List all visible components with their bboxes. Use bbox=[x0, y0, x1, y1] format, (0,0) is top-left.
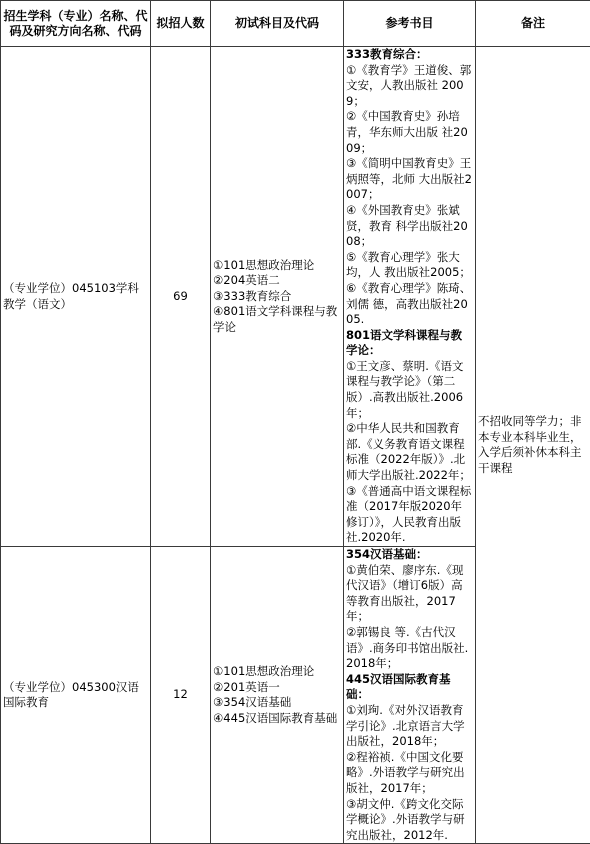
book-section-heading: 801语文学科课程与教学论： bbox=[346, 328, 473, 359]
book-item: ②《中国教育史》孙培青，华东师大出版 社2009； bbox=[346, 109, 473, 156]
exam-item: ②204英语二 bbox=[213, 273, 341, 289]
exam-item: ④445汉语国际教育基础 bbox=[213, 711, 341, 727]
book-item: ②程裕祯.《中国文化要略》.外语教学与研究出版社，2017年； bbox=[346, 750, 473, 760]
header-subject: 招生学科（专业）名称、代码及研究方向名称、代码 bbox=[1, 1, 151, 47]
book-item: ①刘珣.《对外汉语教育学引论》.北京语言大学出版社，2018年； bbox=[346, 703, 473, 750]
header-quota: 拟招人数 bbox=[151, 1, 211, 47]
exams-cell: ①101思想政治理论 ②201英语一 ③354汉语基础 ④445汉语国际教育基础 bbox=[211, 547, 344, 761]
book-item: ①《教育学》王道俊、郭文安，人教出版社 2009； bbox=[346, 63, 473, 110]
header-notes: 备注 bbox=[476, 1, 590, 47]
books-cell: 333教育综合： ①《教育学》王道俊、郭文安，人教出版社 2009； ②《中国教… bbox=[344, 47, 476, 547]
book-item: ④《外国教育史》张斌贤，教育 科学出版社2008； bbox=[346, 203, 473, 250]
header-books: 参考书目 bbox=[344, 1, 476, 47]
book-section-heading: 333教育综合： bbox=[346, 47, 473, 63]
book-section-heading: 354汉语基础： bbox=[346, 547, 473, 563]
quota-cell: 69 bbox=[151, 47, 211, 547]
book-item: ②郭锡良 等.《古代汉语》.商务印书馆出版社.2018年； bbox=[346, 625, 473, 672]
admissions-catalog-table: 招生学科（专业）名称、代码及研究方向名称、代码 拟招人数 初试科目及代码 参考书… bbox=[0, 0, 590, 760]
book-item: ③《普通高中语文课程标准（2017年版2020年修订）》，人民教育出版社.202… bbox=[346, 484, 473, 546]
exam-item: ①101思想政治理论 bbox=[213, 258, 341, 274]
book-item: ①黄伯荣、廖序东.《现代汉语》（增订6版）高等教育出版社，2017年； bbox=[346, 563, 473, 625]
header-exams: 初试科目及代码 bbox=[211, 1, 344, 47]
subject-cell: （专业学位）045300汉语国际教育 bbox=[1, 547, 151, 761]
book-section-heading: 445汉语国际教育基础： bbox=[346, 672, 473, 703]
book-item: ③《简明中国教育史》王炳照等，北师 大出版社2007； bbox=[346, 156, 473, 203]
table-row: （专业学位）045103学科教学（语文） 69 ①101思想政治理论 ②204英… bbox=[1, 47, 590, 547]
book-item: ②中华人民共和国教育部.《义务教育语文课程标准（2022年版）》.北师大学出版社… bbox=[346, 421, 473, 483]
exam-item: ④801语文学科课程与教学论 bbox=[213, 304, 341, 335]
exam-item: ③333教育综合 bbox=[213, 289, 341, 305]
exam-item: ③354汉语基础 bbox=[213, 695, 341, 711]
subject-cell: （专业学位）045103学科教学（语文） bbox=[1, 47, 151, 547]
book-item: ①王文彦、蔡明.《语文课程与教学论》（第二版）.高教出版社.2006年； bbox=[346, 359, 473, 421]
books-cell: 354汉语基础： ①黄伯荣、廖序东.《现代汉语》（增订6版）高等教育出版社，20… bbox=[344, 547, 476, 761]
quota-cell: 12 bbox=[151, 547, 211, 761]
header-row: 招生学科（专业）名称、代码及研究方向名称、代码 拟招人数 初试科目及代码 参考书… bbox=[1, 1, 590, 47]
notes-cell: 不招收同等学力；非本专业本科毕业生，入学后须补休本科主干课程 bbox=[476, 47, 590, 761]
book-item: ⑤《教育心理学》张大均，人 教出版社2005； bbox=[346, 250, 473, 281]
book-item: ⑥《教育心理学》陈琦、刘儒 德，高教出版社2005. bbox=[346, 281, 473, 328]
exams-cell: ①101思想政治理论 ②204英语二 ③333教育综合 ④801语文学科课程与教… bbox=[211, 47, 344, 547]
exam-item: ①101思想政治理论 bbox=[213, 664, 341, 680]
exam-item: ②201英语一 bbox=[213, 680, 341, 696]
